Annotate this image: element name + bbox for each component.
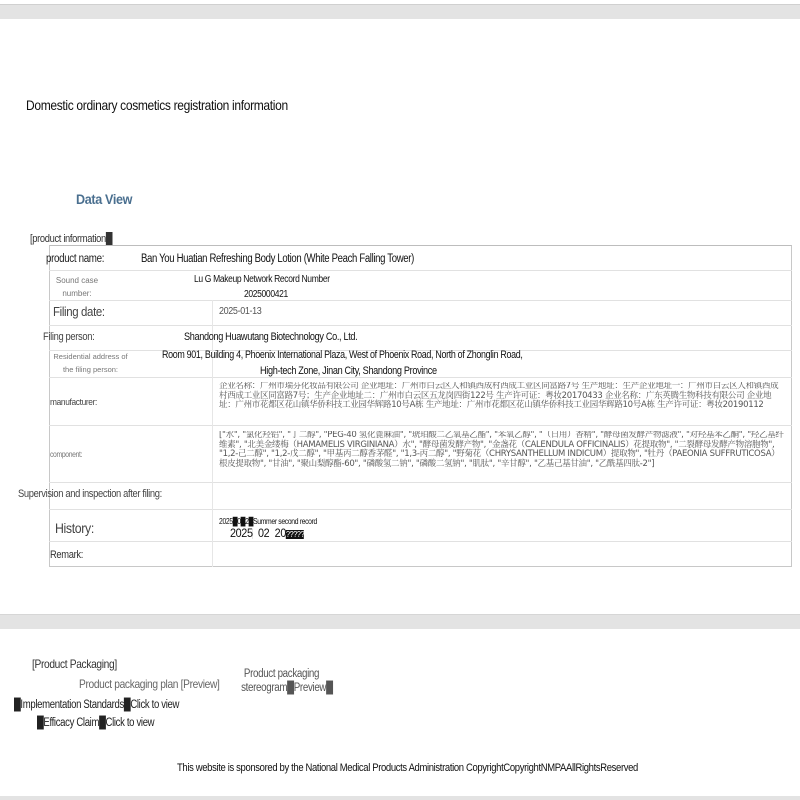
bottom-divider-band [0,796,800,800]
data-view-heading: Data View [76,191,132,207]
manufacturer-label: manufacturer: [50,397,97,408]
filing-date-label: Filing date: [53,304,105,319]
product-packaging-section-label: [Product Packaging] [32,657,117,671]
history-suffix: ????? [286,530,304,539]
component-label: component: [50,450,82,459]
history-entry-line1[interactable]: 2025█0█2█Summer second record [219,517,317,526]
component-value: ["水", "氯化羟铝", "丁二醇", "PEG-40 氢化蓖麻油", "琥珀… [219,431,785,479]
stereogram-line1: Product packaging [241,668,322,680]
efficacy-claim-link[interactable]: █Efficacy Claim█Click to view [37,717,154,729]
history-label: History: [55,520,94,536]
implementation-standards-link[interactable]: █Implementation Standards█Click to view [14,699,179,711]
remark-label: Remark: [50,549,83,561]
row-divider [49,509,792,510]
address-label-line2: the filing person: [48,363,133,376]
filing-date-value: 2025-01-13 [219,306,261,317]
history-year: 2025 [230,526,253,540]
case-number-value-line1: Lu G Makeup Network Record Number [194,274,330,285]
address-value-line2: High-tech Zone, Jinan City, Shandong Pro… [260,365,437,377]
filing-person-label: Filing person: [43,331,94,343]
row-divider [49,541,792,542]
top-divider-band [0,4,800,19]
manufacturer-value: 企业名称：广州市瑞芬化妆品有限公司 企业地址：广州市白云区人和镇西成村西成工业区… [219,382,785,422]
stereogram-line2: stereogram█Preview█ [241,682,322,694]
address-label: Residential address of the filing person… [48,350,133,376]
supervision-label: Supervision and inspection after filing: [18,488,162,500]
filing-person-value: Shandong Huawutang Biotechnology Co., Lt… [184,331,357,343]
row-divider [49,300,792,301]
history-month: 02 [258,526,269,540]
product-name-label: product name: [46,253,104,265]
row-divider [49,325,792,326]
case-number-label: Sound case number: [52,274,102,300]
packaging-plan-preview-link[interactable]: Product packaging plan [Preview] [79,677,220,691]
history-entry-line2[interactable]: 2025█02█20????? [230,526,304,540]
case-number-value-line2: 2025000421 [244,289,288,300]
address-value-line1: Room 901, Building 4, Phoenix Internatio… [162,349,523,361]
packaging-stereogram-preview-link[interactable]: Product packaging stereogram█Preview█ [234,668,329,694]
row-divider [49,482,792,483]
history-day: 20 [275,526,286,540]
product-information-section-label: [product information█ [30,233,112,245]
page-title: Domestic ordinary cosmetics registration… [26,97,288,113]
address-label-line1: Residential address of [48,350,133,363]
footer-copyright: This website is sponsored by the Nationa… [177,762,638,774]
row-divider [49,425,792,426]
row-divider [49,377,792,378]
middle-divider-band [0,614,800,629]
case-number-label-line2: number: [52,287,102,300]
case-number-label-line1: Sound case [52,274,102,287]
product-name-value: Ban You Huatian Refreshing Body Lotion (… [141,253,414,265]
row-divider [49,270,792,271]
